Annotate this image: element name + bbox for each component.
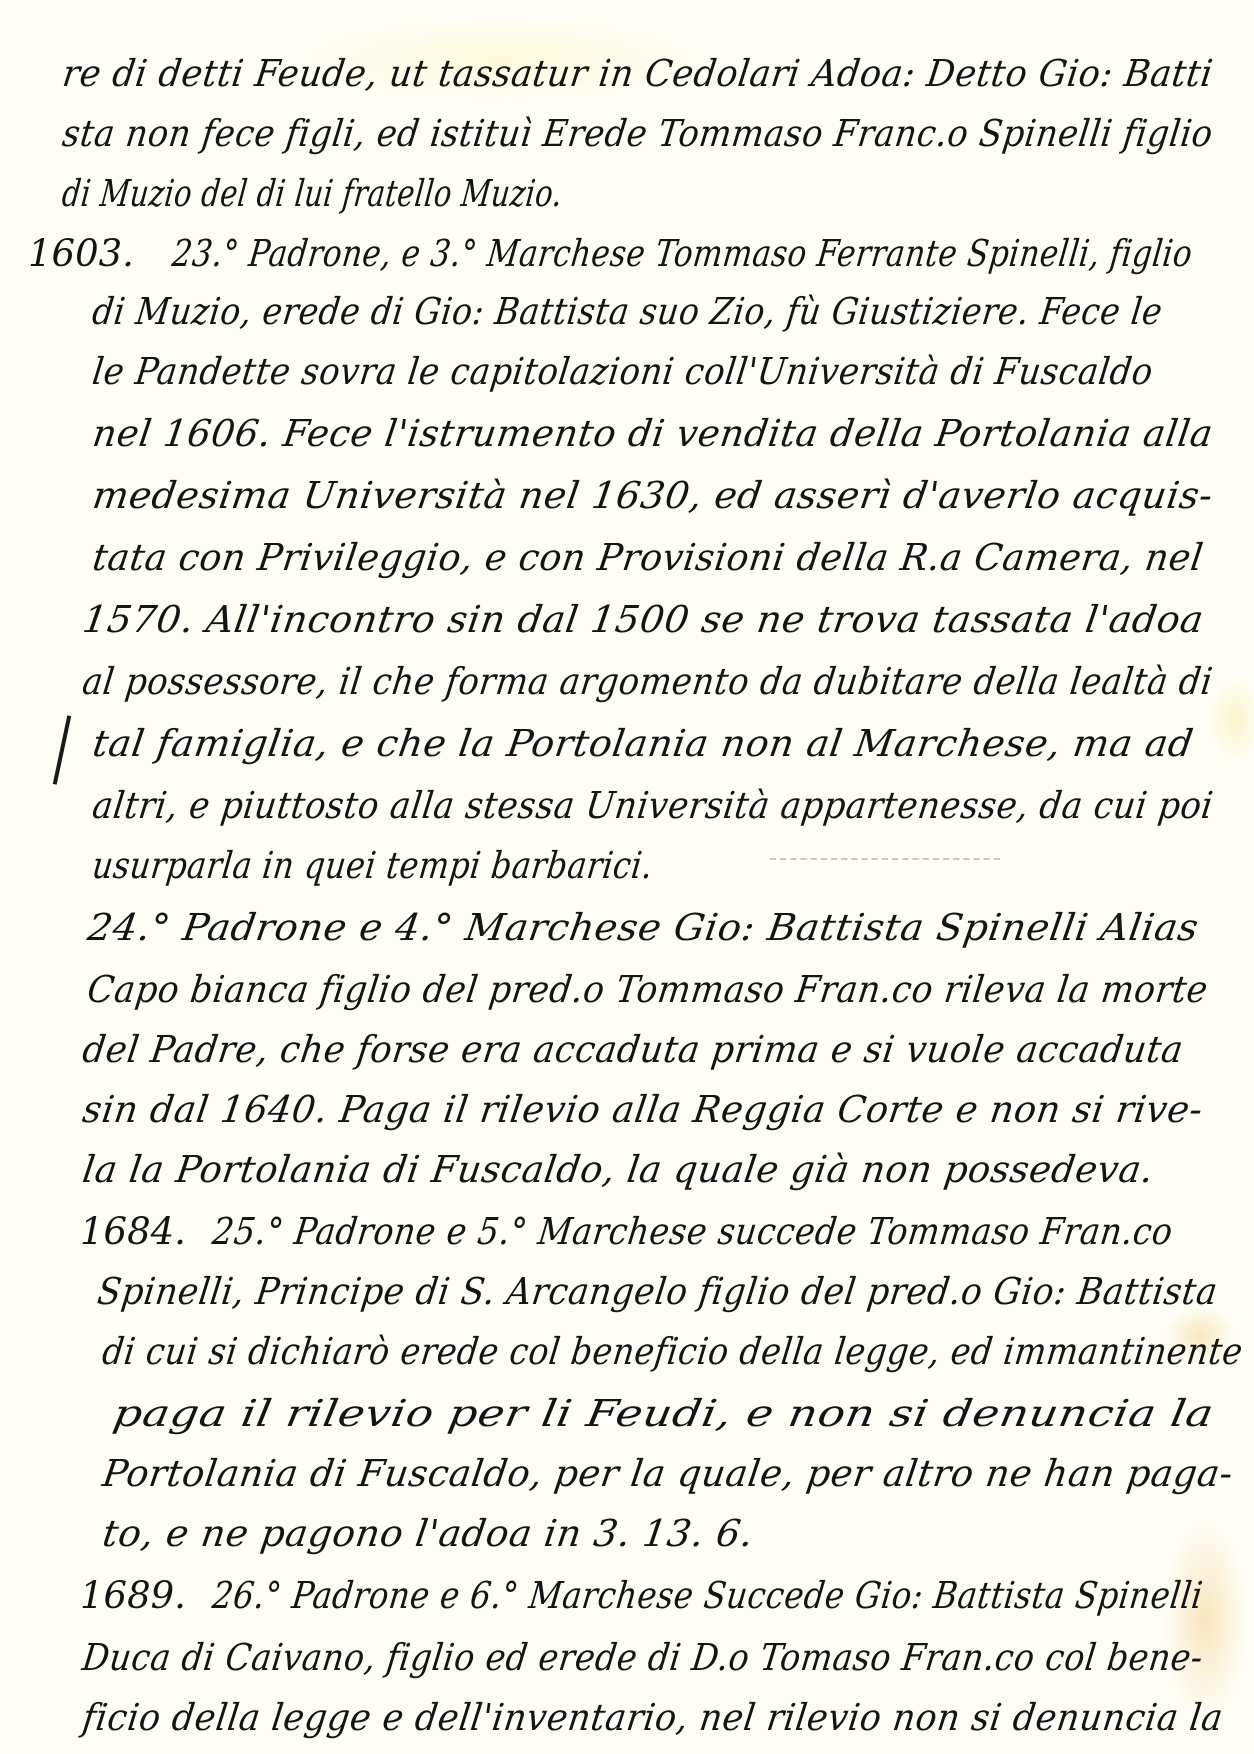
text-line: 25.° Padrone e 5.° Marchese succede Tomm…: [210, 1210, 1175, 1253]
text-line: 26.° Padrone e 6.° Marchese Succede Gio:…: [210, 1574, 1205, 1617]
text-line: 23.° Padrone, e 3.° Marchese Tommaso Fer…: [170, 232, 1195, 275]
text-line: ficio della legge e dell'inventario, nel…: [80, 1696, 1226, 1739]
text-line: Capo bianca figlio del pred.o Tommaso Fr…: [85, 968, 1211, 1011]
text-line: Portolania di Fuscaldo, per la quale, pe…: [100, 1452, 1236, 1495]
text-line: di Muzio del di lui fratello Muzio.: [60, 172, 565, 215]
text-line: to, e ne pagono l'adoa in 3. 13. 6.: [100, 1512, 756, 1555]
text-line: Spinelli, Principe di S. Arcangelo figli…: [95, 1270, 1220, 1313]
text-line: usurparla in quei tempi barbarici.: [90, 844, 655, 887]
margin-year: 1684.: [80, 1210, 186, 1253]
text-line: del Padre, che forse era accaduta prima …: [80, 1028, 1186, 1071]
text-line: Duca di Caivano, figlio ed erede di D.o …: [80, 1636, 1205, 1679]
text-line: la la Portolania di Fuscaldo, la quale g…: [80, 1148, 1156, 1191]
text-line: altri, e piuttosto alla stessa Universit…: [90, 784, 1216, 827]
text-line: al possessore, il che forma argomento da…: [80, 660, 1215, 703]
text-line: sin dal 1640. Paga il rilevio alla Reggi…: [80, 1088, 1206, 1131]
margin-mark: [53, 715, 71, 784]
text-line: tal famiglia, e che la Portolania non al…: [90, 722, 1196, 765]
text-line: paga il rilevio per li Feudi, e non si d…: [110, 1392, 1217, 1435]
text-line: di cui si dichiarò erede col beneficio d…: [100, 1330, 1245, 1373]
margin-year: 1603.: [28, 232, 134, 275]
text-line: tata con Privileggio, e con Provisioni d…: [90, 536, 1206, 579]
text-line: le Pandette sovra le capitolazioni coll'…: [90, 350, 1156, 393]
text-line: nel 1606. Fece l'istrumento di vendita d…: [90, 412, 1216, 455]
text-line: 1570. All'incontro sin dal 1500 se ne tr…: [80, 598, 1207, 641]
margin-year: 1689.: [80, 1574, 186, 1617]
text-line: sta non fece figli, ed istituì Erede Tom…: [60, 112, 1215, 155]
text-line: di Muzio, erede di Gio: Battista suo Zio…: [90, 290, 1165, 333]
text-line: re di detti Feude, ut tassatur in Cedola…: [60, 52, 1216, 95]
dashed-rule: [770, 858, 1000, 860]
text-line: medesima Università nel 1630, ed asserì …: [90, 474, 1216, 517]
manuscript-page: re di detti Feude, ut tassatur in Cedola…: [0, 0, 1254, 1754]
text-line: 24.° Padrone e 4.° Marchese Gio: Battist…: [85, 906, 1201, 949]
